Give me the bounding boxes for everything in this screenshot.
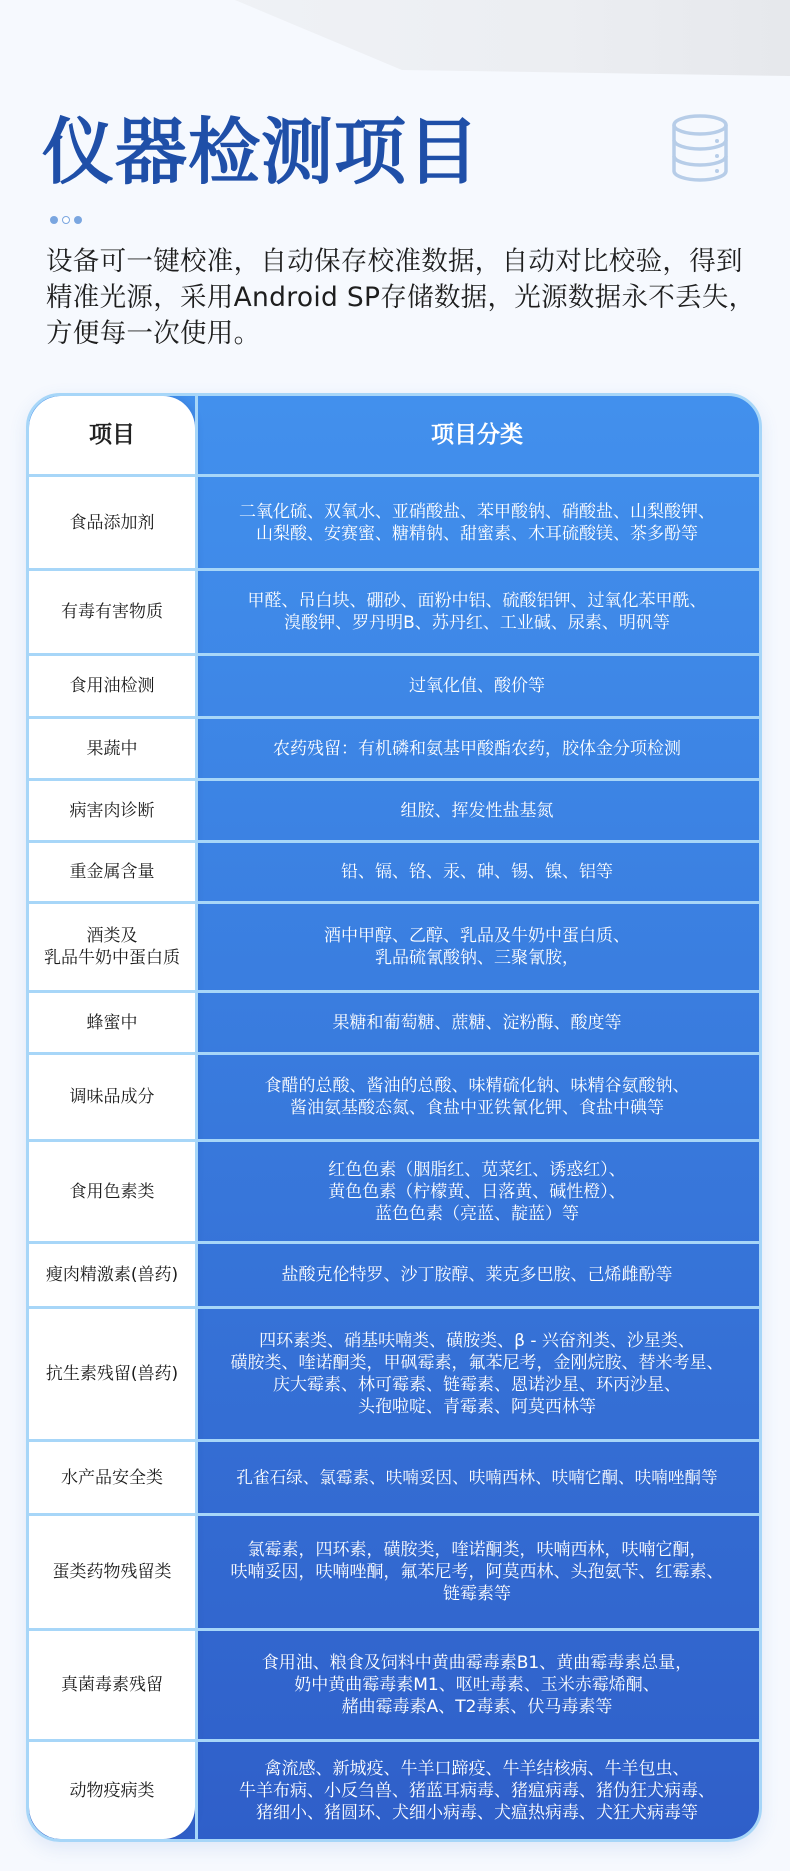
row-detail: 过氧化值、酸价等 (195, 656, 759, 716)
row-divider (29, 1739, 759, 1742)
table-row: 真菌毒素残留 食用油、粮食及饲料中黄曲霉毒素B1、黄曲霉毒素总量， 奶中黄曲霉毒… (29, 1631, 759, 1739)
row-divider (29, 1628, 759, 1631)
row-detail: 甲醛、吊白块、硼砂、面粉中铝、硫酸铝钾、过氧化苯甲酰、 溴酸钾、罗丹明B、苏丹红… (195, 571, 759, 653)
row-name: 有毒有害物质 (29, 571, 195, 653)
header-category: 项目分类 (195, 396, 759, 474)
table-header: 项目 项目分类 (29, 396, 759, 474)
row-detail: 食用油、粮食及饲料中黄曲霉毒素B1、黄曲霉毒素总量， 奶中黄曲霉毒素M1、呕吐毒… (195, 1631, 759, 1739)
row-detail: 酒中甲醇、乙醇、乳品及牛奶中蛋白质、 乳品硫氰酸钠、三聚氰胺， (195, 904, 759, 990)
row-name: 调味品成分 (29, 1055, 195, 1139)
row-name: 重金属含量 (29, 843, 195, 901)
row-divider (29, 990, 759, 993)
background-decoration (0, 0, 790, 80)
row-divider (29, 840, 759, 843)
row-detail: 铅、镉、铬、汞、砷、锡、镍、铝等 (195, 843, 759, 901)
table-row: 重金属含量 铅、镉、铬、汞、砷、锡、镍、铝等 (29, 843, 759, 901)
dot-icon (62, 216, 70, 224)
row-name: 动物疫病类 (29, 1742, 195, 1839)
table-row: 蜂蜜中 果糖和葡萄糖、蔗糖、淀粉酶、酸度等 (29, 993, 759, 1052)
table-row: 抗生素残留(兽药) 四环素类、硝基呋喃类、磺胺类、β - 兴奋剂类、沙星类、 磺… (29, 1309, 759, 1439)
table-row: 食品添加剂 二氧化硫、双氧水、亚硝酸盐、苯甲酸钠、硝酸盐、山梨酸钾、 山梨酸、安… (29, 477, 759, 568)
row-name: 果蔬中 (29, 719, 195, 778)
table-row: 酒类及 乳品牛奶中蛋白质 酒中甲醇、乙醇、乳品及牛奶中蛋白质、 乳品硫氰酸钠、三… (29, 904, 759, 990)
row-divider (29, 901, 759, 904)
table-row: 瘦肉精激素(兽药) 盐酸克伦特罗、沙丁胺醇、莱克多巴胺、己烯雌酚等 (29, 1244, 759, 1306)
row-detail: 组胺、挥发性盐基氮 (195, 781, 759, 840)
row-detail: 孔雀石绿、氯霉素、呋喃妥因、呋喃西林、呋喃它酮、呋喃唑酮等 (195, 1442, 759, 1513)
row-name: 抗生素残留(兽药) (29, 1309, 195, 1439)
row-detail: 果糖和葡萄糖、蔗糖、淀粉酶、酸度等 (195, 993, 759, 1052)
column-divider (195, 396, 198, 1839)
row-divider (29, 716, 759, 719)
table-row: 病害肉诊断 组胺、挥发性盐基氮 (29, 781, 759, 840)
row-divider (29, 568, 759, 571)
dot-icon (74, 216, 82, 224)
row-name: 酒类及 乳品牛奶中蛋白质 (29, 904, 195, 990)
row-detail: 禽流感、新城疫、牛羊口蹄疫、牛羊结核病、牛羊包虫、 牛羊布病、小反刍兽、猪蓝耳病… (195, 1742, 759, 1839)
table-row: 果蔬中 农药残留：有机磷和氨基甲酸酯农药，胶体金分项检测 (29, 719, 759, 778)
row-detail: 盐酸克伦特罗、沙丁胺醇、莱克多巴胺、己烯雌酚等 (195, 1244, 759, 1306)
row-divider (29, 1052, 759, 1055)
page-description: 设备可一键校准，自动保存校准数据，自动对比校验，得到精准光源，采用Android… (46, 244, 766, 352)
page-title: 仪器检测项目 (42, 112, 480, 192)
row-detail: 氯霉素，四环素，磺胺类，喹诺酮类，呋喃西林，呋喃它酮， 呋喃妥因，呋喃唑酮，氟苯… (195, 1516, 759, 1628)
row-divider (29, 1439, 759, 1442)
table-row: 食用油检测 过氧化值、酸价等 (29, 656, 759, 716)
dot-icon (50, 216, 58, 224)
row-detail: 食醋的总酸、酱油的总酸、味精硫化钠、味精谷氨酸钠、 酱油氨基酸态氮、食盐中亚铁氰… (195, 1055, 759, 1139)
row-divider (29, 653, 759, 656)
row-name: 蜂蜜中 (29, 993, 195, 1052)
row-detail: 红色色素（胭脂红、苋菜红、诱惑红）、 黄色色素（柠檬黄、日落黄、碱性橙）、 蓝色… (195, 1142, 759, 1241)
header-item: 项目 (29, 396, 195, 474)
database-icon (670, 114, 730, 182)
row-divider (29, 1241, 759, 1244)
decorative-dots (50, 216, 82, 224)
row-divider (29, 1306, 759, 1309)
row-divider (29, 1513, 759, 1516)
row-name: 水产品安全类 (29, 1442, 195, 1513)
row-name: 瘦肉精激素(兽药) (29, 1244, 195, 1306)
row-name: 食用色素类 (29, 1142, 195, 1241)
table-row: 调味品成分 食醋的总酸、酱油的总酸、味精硫化钠、味精谷氨酸钠、 酱油氨基酸态氮、… (29, 1055, 759, 1139)
row-divider (29, 1139, 759, 1142)
table-row: 水产品安全类 孔雀石绿、氯霉素、呋喃妥因、呋喃西林、呋喃它酮、呋喃唑酮等 (29, 1442, 759, 1513)
table-row: 动物疫病类 禽流感、新城疫、牛羊口蹄疫、牛羊结核病、牛羊包虫、 牛羊布病、小反刍… (29, 1742, 759, 1839)
detection-items-table: 项目 项目分类 食品添加剂 二氧化硫、双氧水、亚硝酸盐、苯甲酸钠、硝酸盐、山梨酸… (26, 393, 762, 1842)
table-row: 蛋类药物残留类 氯霉素，四环素，磺胺类，喹诺酮类，呋喃西林，呋喃它酮， 呋喃妥因… (29, 1516, 759, 1628)
row-divider (29, 474, 759, 477)
row-name: 食用油检测 (29, 656, 195, 716)
row-name: 病害肉诊断 (29, 781, 195, 840)
table-row: 有毒有害物质 甲醛、吊白块、硼砂、面粉中铝、硫酸铝钾、过氧化苯甲酰、 溴酸钾、罗… (29, 571, 759, 653)
row-name: 食品添加剂 (29, 477, 195, 568)
row-divider (29, 778, 759, 781)
table-row: 食用色素类 红色色素（胭脂红、苋菜红、诱惑红）、 黄色色素（柠檬黄、日落黄、碱性… (29, 1142, 759, 1241)
row-name: 真菌毒素残留 (29, 1631, 195, 1739)
row-name: 蛋类药物残留类 (29, 1516, 195, 1628)
row-detail: 农药残留：有机磷和氨基甲酸酯农药，胶体金分项检测 (195, 719, 759, 778)
row-detail: 二氧化硫、双氧水、亚硝酸盐、苯甲酸钠、硝酸盐、山梨酸钾、 山梨酸、安赛蜜、糖精钠… (195, 477, 759, 568)
row-detail: 四环素类、硝基呋喃类、磺胺类、β - 兴奋剂类、沙星类、 磺胺类、喹诺酮类，甲砜… (195, 1309, 759, 1439)
